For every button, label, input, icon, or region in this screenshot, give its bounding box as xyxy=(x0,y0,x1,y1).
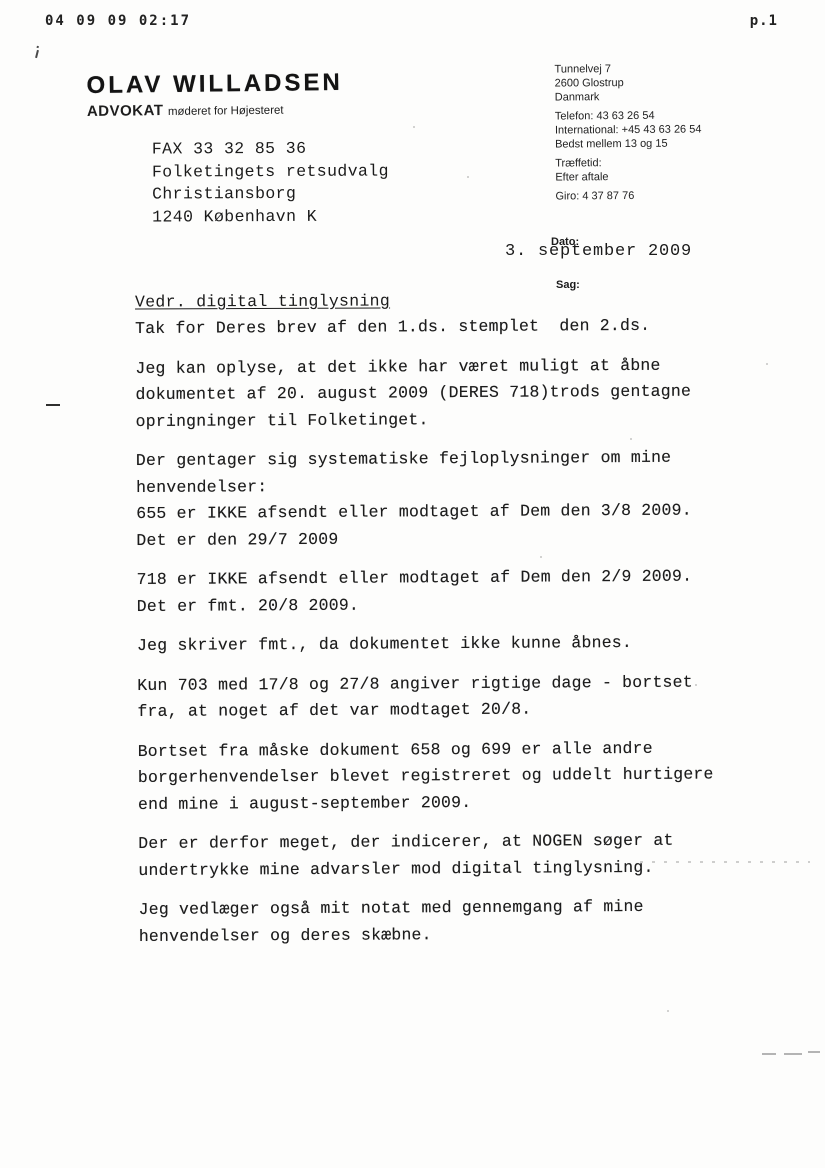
text-line: end mine i august-september 2009. xyxy=(138,788,738,818)
contact-group: Træffetid:Efter aftale xyxy=(555,155,702,184)
letter-date: 3. september 2009 xyxy=(505,242,692,261)
scan-speck xyxy=(630,438,632,440)
paragraph: Kun 703 med 17/8 og 27/8 angiver rigtige… xyxy=(137,669,737,726)
text-line: International: +45 43 63 26 54 xyxy=(555,122,702,137)
scan-speck xyxy=(766,363,768,365)
contact-group: Telefon: 43 63 26 54International: +45 4… xyxy=(555,108,702,151)
text-line: Jeg kan oplyse, at det ikke har været mu… xyxy=(135,352,735,382)
text-line: Christiansborg xyxy=(152,182,389,206)
scan-artifact-mark xyxy=(35,50,39,58)
contact-group: Tunnelvej 72600 GlostrupDanmark xyxy=(554,61,701,104)
text-line: Kun 703 med 17/8 og 27/8 angiver rigtige… xyxy=(137,669,737,699)
paragraph: 718 er IKKE afsendt eller modtaget af De… xyxy=(137,563,737,620)
paragraph: Jeg vedlæger også mit notat med gennemga… xyxy=(139,893,739,950)
paragraph: Jeg skriver fmt., da dokumentet ikke kun… xyxy=(137,629,737,659)
fax-page-number: p.1 xyxy=(750,13,778,29)
text-line: henvendelser og deres skæbne. xyxy=(139,920,739,950)
text-line: Jeg vedlæger også mit notat med gennemga… xyxy=(139,893,739,923)
text-line: opringninger til Folketinget. xyxy=(136,405,736,435)
text-line: henvendelser: xyxy=(136,471,736,501)
scan-speck xyxy=(667,1010,669,1012)
text-line: Der er derfor meget, der indicerer, at N… xyxy=(138,827,738,857)
letterhead-title-suffix: møderet for Højesteret xyxy=(168,105,284,118)
text-line: Bortset fra måske dokument 658 og 699 er… xyxy=(138,735,738,765)
text-line: Telefon: 43 63 26 54 xyxy=(555,108,702,123)
scan-artifact-dot-trail xyxy=(640,861,810,863)
fax-transmission-header: 04 09 09 02:17 p.1 xyxy=(45,13,780,29)
letterhead: OLAV WILLADSEN ADVOKAT møderet for Højes… xyxy=(86,69,343,121)
text-line: Det er den 29/7 2009 xyxy=(136,524,736,554)
text-line: fra, at noget af det var modtaget 20/8. xyxy=(137,695,737,725)
letterhead-subtitle: ADVOKAT møderet for Højesteret xyxy=(87,100,343,121)
letter-body: Tak for Deres brev af den 1.ds. stemplet… xyxy=(135,312,739,963)
text-line: Danmark xyxy=(555,89,702,104)
text-line: 2600 Glostrup xyxy=(555,75,702,90)
letterhead-title: ADVOKAT xyxy=(87,102,164,120)
scan-artifact-dash xyxy=(808,1051,820,1053)
text-line: Efter aftale xyxy=(555,169,702,184)
letterhead-name: OLAV WILLADSEN xyxy=(86,69,343,100)
paragraph: Bortset fra måske dokument 658 og 699 er… xyxy=(138,735,738,818)
text-line: Jeg skriver fmt., da dokumentet ikke kun… xyxy=(137,629,737,659)
contact-info-block: Tunnelvej 72600 GlostrupDanmarkTelefon: … xyxy=(554,61,702,208)
text-line: Giro: 4 37 87 76 xyxy=(555,188,702,203)
date-label: Dato: xyxy=(551,236,579,248)
text-line: Træffetid: xyxy=(555,155,702,170)
scan-artifact-margin-dash xyxy=(46,404,60,406)
case-label: Sag: xyxy=(556,279,580,291)
text-line: Folketingets retsudvalg xyxy=(152,160,389,184)
scan-speck xyxy=(413,126,415,128)
text-line: 718 er IKKE afsendt eller modtaget af De… xyxy=(137,563,737,593)
text-line: FAX 33 32 85 36 xyxy=(152,137,389,161)
text-line: Tunnelvej 7 xyxy=(554,61,701,76)
text-line: undertrykke mine advarsler mod digital t… xyxy=(138,854,738,884)
paragraph: Der gentager sig systematiske fejloplysn… xyxy=(136,444,737,554)
text-line: 1240 København K xyxy=(152,205,389,229)
scan-artifact-dash xyxy=(784,1053,802,1055)
text-line: Der gentager sig systematiske fejloplysn… xyxy=(136,444,736,474)
scan-speck xyxy=(467,176,469,178)
text-line: dokumentet af 20. august 2009 (DERES 718… xyxy=(135,378,735,408)
paragraph: Tak for Deres brev af den 1.ds. stemplet… xyxy=(135,312,735,342)
fax-page: 04 09 09 02:17 p.1 OLAV WILLADSEN ADVOKA… xyxy=(0,0,825,1168)
text-line: Det er fmt. 20/8 2009. xyxy=(137,590,737,620)
scan-speck xyxy=(540,556,542,558)
scan-artifact-dash xyxy=(762,1053,776,1055)
scan-speck xyxy=(695,684,697,686)
subject-line: Vedr. digital tinglysning xyxy=(135,291,390,311)
text-line: Bedst mellem 13 og 15 xyxy=(555,136,702,151)
paragraph: Der er derfor meget, der indicerer, at N… xyxy=(138,827,738,884)
text-line: 655 er IKKE afsendt eller modtaget af De… xyxy=(136,497,736,527)
recipient-address-block: FAX 33 32 85 36Folketingets retsudvalgCh… xyxy=(152,137,389,228)
fax-timestamp: 04 09 09 02:17 xyxy=(45,13,191,29)
text-line: Tak for Deres brev af den 1.ds. stemplet… xyxy=(135,312,735,342)
paragraph: Jeg kan oplyse, at det ikke har været mu… xyxy=(135,352,735,435)
text-line: borgerhenvendelser blevet registreret og… xyxy=(138,761,738,791)
contact-group: Giro: 4 37 87 76 xyxy=(555,188,702,203)
